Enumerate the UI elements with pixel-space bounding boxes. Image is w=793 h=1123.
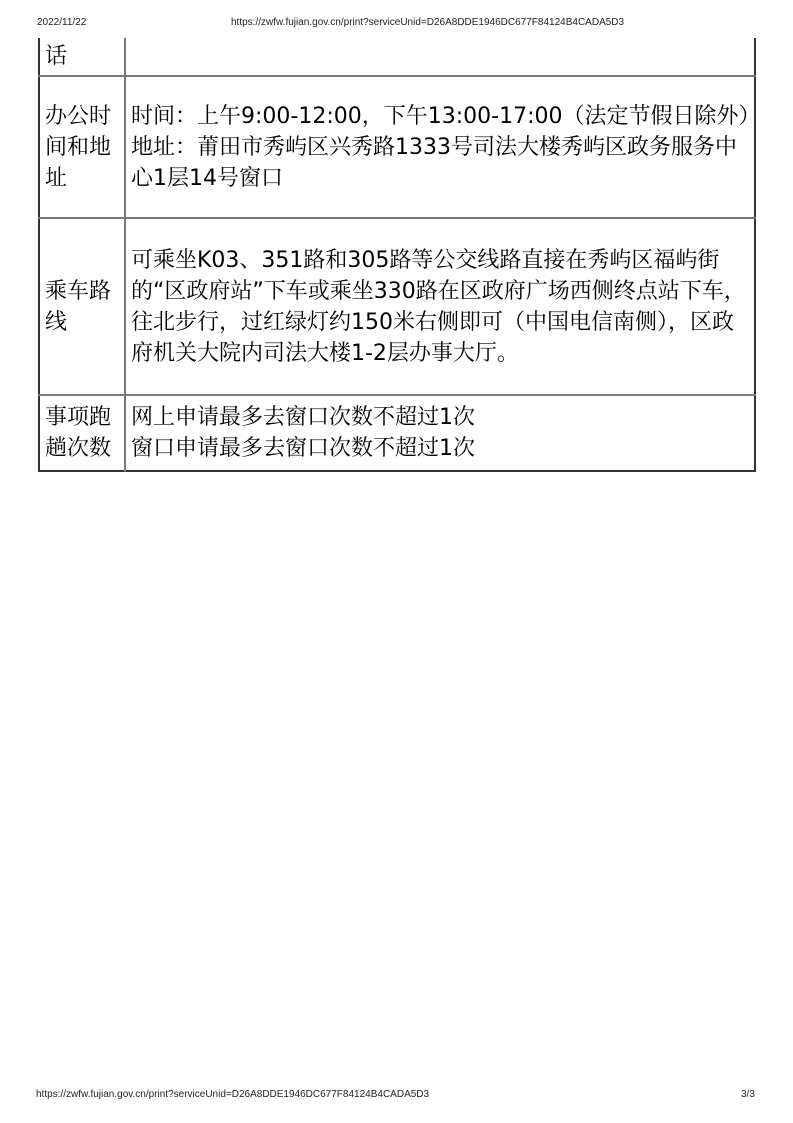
table-row-office-hours-address: 办公时间和地址 时间：上午9:00-12:00，下午13:00-17:00（法定… [39,76,755,218]
online-visit-line: 网上申请最多去窗口次数不超过1次 [131,402,750,433]
bus-route-text: 可乘坐K03、351路和305路等公交线路直接在秀屿区福屿街的“区政府站”下车或… [131,245,750,369]
row-value: 网上申请最多去窗口次数不超过1次 窗口申请最多去窗口次数不超过1次 [125,395,755,471]
row-label: 事项跑趟次数 [39,395,125,471]
print-date: 2022/11/22 [37,17,86,28]
table-row-visit-count: 事项跑趟次数 网上申请最多去窗口次数不超过1次 窗口申请最多去窗口次数不超过1次 [39,395,755,471]
row-label: 办公时间和地址 [39,76,125,218]
table-row-phone-continued: 话 [39,38,755,76]
row-value: 时间：上午9:00-12:00，下午13:00-17:00（法定节假日除外） 地… [125,76,755,218]
row-value: 可乘坐K03、351路和305路等公交线路直接在秀屿区福屿街的“区政府站”下车或… [125,218,755,395]
row-label: 话 [39,38,125,76]
window-visit-line: 窗口申请最多去窗口次数不超过1次 [131,433,750,464]
table-row-bus-route: 乘车路线 可乘坐K03、351路和305路等公交线路直接在秀屿区福屿街的“区政府… [39,218,755,395]
print-header-url: https://zwfw.fujian.gov.cn/print?service… [231,17,624,28]
service-info-table: 话 办公时间和地址 时间：上午9:00-12:00，下午13:00-17:00（… [38,38,756,472]
address-line: 地址：莆田市秀屿区兴秀路1333号司法大楼秀屿区政务服务中心1层14号窗口 [131,132,750,194]
print-footer-url: https://zwfw.fujian.gov.cn/print?service… [36,1089,429,1100]
row-value [125,38,755,76]
print-header: 2022/11/22 https://zwfw.fujian.gov.cn/pr… [0,17,793,31]
page-number: 3/3 [741,1089,755,1100]
print-footer: https://zwfw.fujian.gov.cn/print?service… [0,1089,793,1103]
office-hours-line: 时间：上午9:00-12:00，下午13:00-17:00（法定节假日除外） [131,101,750,132]
row-label: 乘车路线 [39,218,125,395]
